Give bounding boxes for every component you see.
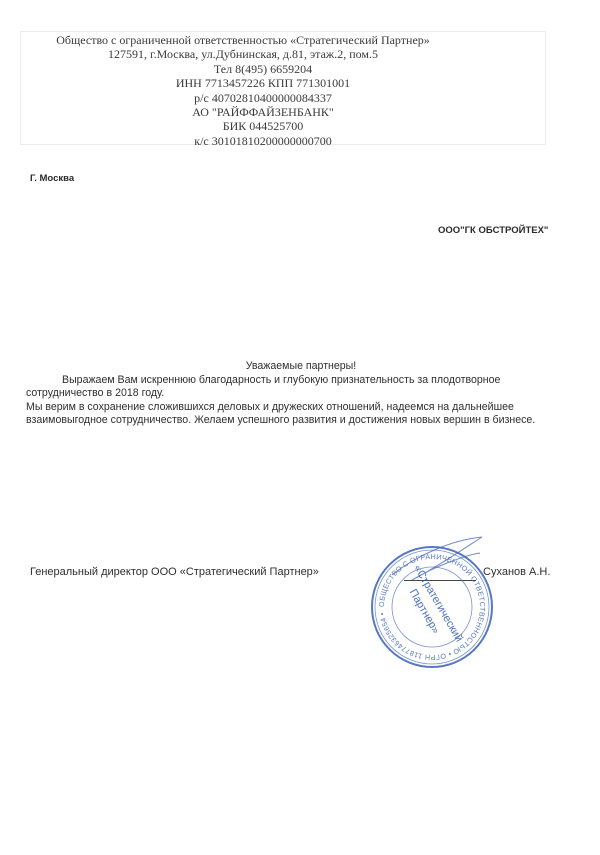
city-label: Г. Москва xyxy=(30,173,74,184)
letterhead-account: р/с 40702810400000084337 xyxy=(0,91,545,105)
letterhead-bik: БИК 044525700 xyxy=(0,119,545,133)
letterhead-phone: Тел 8(495) 6659204 xyxy=(0,62,545,76)
letterhead-bank: АО "РАЙФФАЙЗЕНБАНК" xyxy=(0,105,545,119)
letter-paragraph: Мы верим в сохранение сложившихся деловы… xyxy=(26,401,546,428)
company-letterhead: Общество с ограниченной ответственностью… xyxy=(20,31,546,145)
recipient-name: ООО"ГК ОБСТРОЙТЕХ" xyxy=(438,225,548,236)
letterhead-company-name: Общество с ограниченной ответственностью… xyxy=(0,33,545,47)
stamp-seal-icon: ОБЩЕСТВО С ОГРАНИЧЕННОЙ ОТВЕТСТВЕННОСТЬЮ… xyxy=(362,535,502,680)
letterhead-inn-kpp: ИНН 7713457226 КПП 771301001 xyxy=(0,76,545,90)
letterhead-corr-account: к/с 30101810200000000700 xyxy=(0,134,545,148)
salutation: Уважаемые партнеры! xyxy=(56,360,546,374)
letter-body: Уважаемые партнеры! Выражаем Вам искренн… xyxy=(26,360,546,428)
signatory-title: Генеральный директор ООО «Стратегический… xyxy=(30,566,319,578)
letterhead-address: 127591, г.Москва, ул.Дубнинская, д.81, э… xyxy=(0,47,545,61)
company-stamp: ОБЩЕСТВО С ОГРАНИЧЕННОЙ ОТВЕТСТВЕННОСТЬЮ… xyxy=(362,535,502,680)
letter-paragraph: Выражаем Вам искреннюю благодарность и г… xyxy=(26,374,546,401)
